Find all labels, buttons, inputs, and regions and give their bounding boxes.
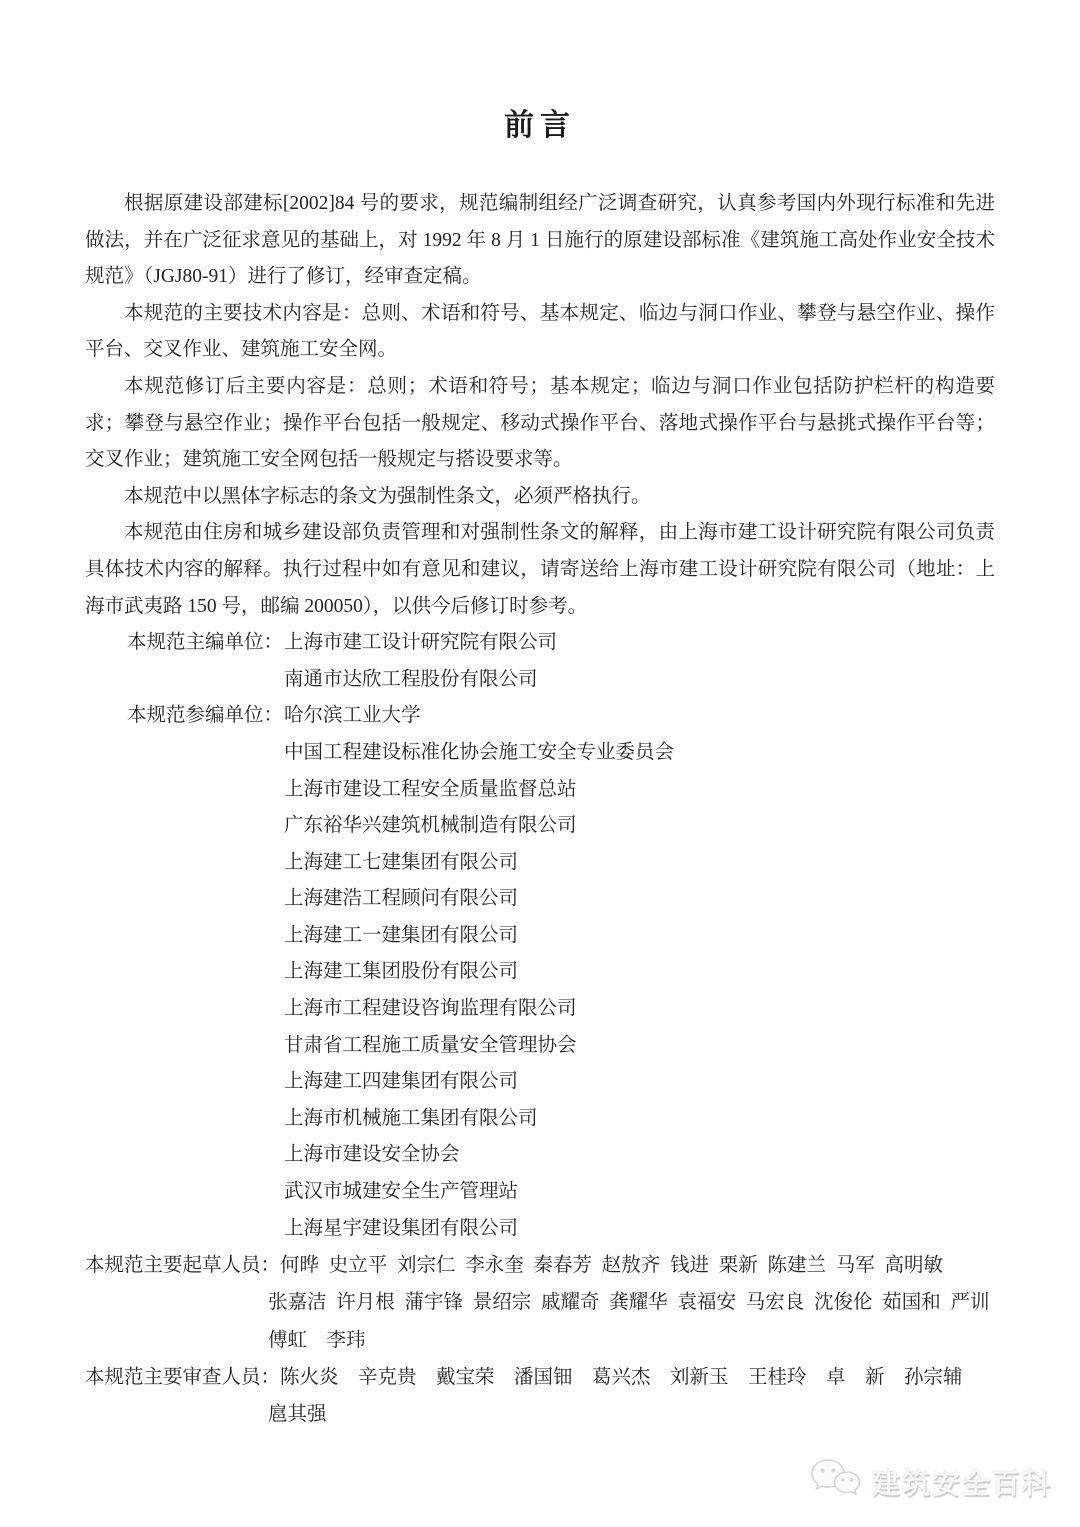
paragraph: 本规范由住房和城乡建设部负责管理和对强制性条文的解释，由上海市建工设计研究院有限…	[85, 515, 995, 625]
list-item: 傅虹 李玮	[85, 1322, 995, 1359]
list-item: 上海市建设工程安全质量监督总站	[127, 772, 995, 809]
preface-body: 根据原建设部建标[2002]84 号的要求，规范编制组经广泛调查研究，认真参考国…	[0, 144, 1080, 1433]
paragraph: 根据原建设部建标[2002]84 号的要求，规范编制组经广泛调查研究，认真参考国…	[85, 186, 995, 296]
unit-name: 广东裕华兴建筑机械制造有限公司	[284, 808, 995, 845]
list-item: 本规范主要起草人员： 何晔 史立平 刘宗仁 李永奎 秦春芳 赵敖齐 钱进 栗新 …	[85, 1247, 995, 1284]
list-item: 本规范主编单位： 上海市建工设计研究院有限公司	[127, 625, 995, 662]
unit-name: 上海建工四建集团有限公司	[284, 1064, 995, 1101]
paragraph: 本规范中以黑体字标志的条文为强制性条文，必须严格执行。	[85, 479, 995, 516]
list-item: 上海建工集团股份有限公司	[127, 954, 995, 991]
publisher-watermark: 建筑安全百科	[808, 1456, 1052, 1507]
list-item: 张嘉洁 许月根 蒲宇锋 景绍宗 戚耀奇 龚耀华 袁福安 马宏良 沈俊伦 茹国和 …	[85, 1284, 995, 1321]
person-names: 张嘉洁 许月根 蒲宇锋 景绍宗 戚耀奇 龚耀华 袁福安 马宏良 沈俊伦 茹国和 …	[268, 1284, 995, 1321]
unit-name: 上海市建设工程安全质量监督总站	[284, 772, 995, 809]
paragraph: 本规范修订后主要内容是：总则；术语和符号；基本规定；临边与洞口作业包括防护栏杆的…	[85, 369, 995, 479]
document-page: 前言 根据原建设部建标[2002]84 号的要求，规范编制组经广泛调查研究，认真…	[0, 0, 1080, 1527]
person-names: 何晔 史立平 刘宗仁 李永奎 秦春芳 赵敖齐 钱进 栗新 陈建兰 马军 高明敏	[280, 1247, 995, 1284]
list-item: 上海市工程建设咨询监理有限公司	[127, 991, 995, 1028]
list-item: 上海市建设安全协会	[127, 1137, 995, 1174]
person-names: 傅虹 李玮	[268, 1322, 995, 1359]
person-names: 陈火炎 辛克贵 戴宝荣 潘国钿 葛兴杰 刘新玉 王桂玲 卓 新 孙宗辅	[280, 1359, 995, 1396]
list-item: 甘肃省工程施工质量安全管理协会	[127, 1028, 995, 1065]
wechat-icon	[808, 1456, 864, 1507]
list-item: 南通市达欣工程股份有限公司	[127, 662, 995, 699]
participants-label: 本规范参编单位：	[127, 698, 284, 735]
person-names: 扈其强	[268, 1396, 995, 1433]
unit-name: 上海星宇建设集团有限公司	[284, 1211, 995, 1248]
paragraph: 本规范的主要技术内容是：总则、术语和符号、基本规定、临边与洞口作业、攀登与悬空作…	[85, 296, 995, 369]
unit-name: 哈尔滨工业大学	[284, 698, 995, 735]
list-item: 上海建浩工程顾问有限公司	[127, 881, 995, 918]
list-item: 上海建工一建集团有限公司	[127, 918, 995, 955]
list-item: 本规范参编单位： 哈尔滨工业大学	[127, 698, 995, 735]
list-item: 本规范主要审查人员： 陈火炎 辛克贵 戴宝荣 潘国钿 葛兴杰 刘新玉 王桂玲 卓…	[85, 1359, 995, 1396]
participants-block: 本规范参编单位： 哈尔滨工业大学 中国工程建设标准化协会施工安全专业委员会 上海…	[127, 698, 995, 1247]
chief-editor-block: 本规范主编单位： 上海市建工设计研究院有限公司 南通市达欣工程股份有限公司	[127, 625, 995, 698]
unit-name: 中国工程建设标准化协会施工安全专业委员会	[284, 735, 995, 772]
unit-name: 武汉市城建安全生产管理站	[284, 1174, 995, 1211]
page-title: 前言	[0, 0, 1080, 144]
unit-name: 上海建浩工程顾问有限公司	[284, 881, 995, 918]
list-item: 武汉市城建安全生产管理站	[127, 1174, 995, 1211]
chief-editor-label: 本规范主编单位：	[127, 625, 284, 662]
unit-name: 上海建工集团股份有限公司	[284, 954, 995, 991]
list-item: 上海建工四建集团有限公司	[127, 1064, 995, 1101]
unit-name: 南通市达欣工程股份有限公司	[284, 662, 995, 699]
drafters-block: 本规范主要起草人员： 何晔 史立平 刘宗仁 李永奎 秦春芳 赵敖齐 钱进 栗新 …	[85, 1247, 995, 1359]
unit-name: 上海市机械施工集团有限公司	[284, 1101, 995, 1138]
list-item: 上海星宇建设集团有限公司	[127, 1211, 995, 1248]
list-item: 中国工程建设标准化协会施工安全专业委员会	[127, 735, 995, 772]
watermark-label: 建筑安全百科	[872, 1462, 1052, 1502]
reviewers-block: 本规范主要审查人员： 陈火炎 辛克贵 戴宝荣 潘国钿 葛兴杰 刘新玉 王桂玲 卓…	[85, 1359, 995, 1433]
unit-name: 上海建工七建集团有限公司	[284, 845, 995, 882]
unit-name: 甘肃省工程施工质量安全管理协会	[284, 1028, 995, 1065]
unit-name: 上海市工程建设咨询监理有限公司	[284, 991, 995, 1028]
list-item: 扈其强	[85, 1396, 995, 1433]
drafters-label: 本规范主要起草人员：	[85, 1247, 280, 1284]
unit-name: 上海市建设安全协会	[284, 1137, 995, 1174]
list-item: 上海建工七建集团有限公司	[127, 845, 995, 882]
list-item: 广东裕华兴建筑机械制造有限公司	[127, 808, 995, 845]
list-item: 上海市机械施工集团有限公司	[127, 1101, 995, 1138]
reviewers-label: 本规范主要审查人员：	[85, 1359, 280, 1396]
unit-name: 上海市建工设计研究院有限公司	[284, 625, 995, 662]
unit-name: 上海建工一建集团有限公司	[284, 918, 995, 955]
